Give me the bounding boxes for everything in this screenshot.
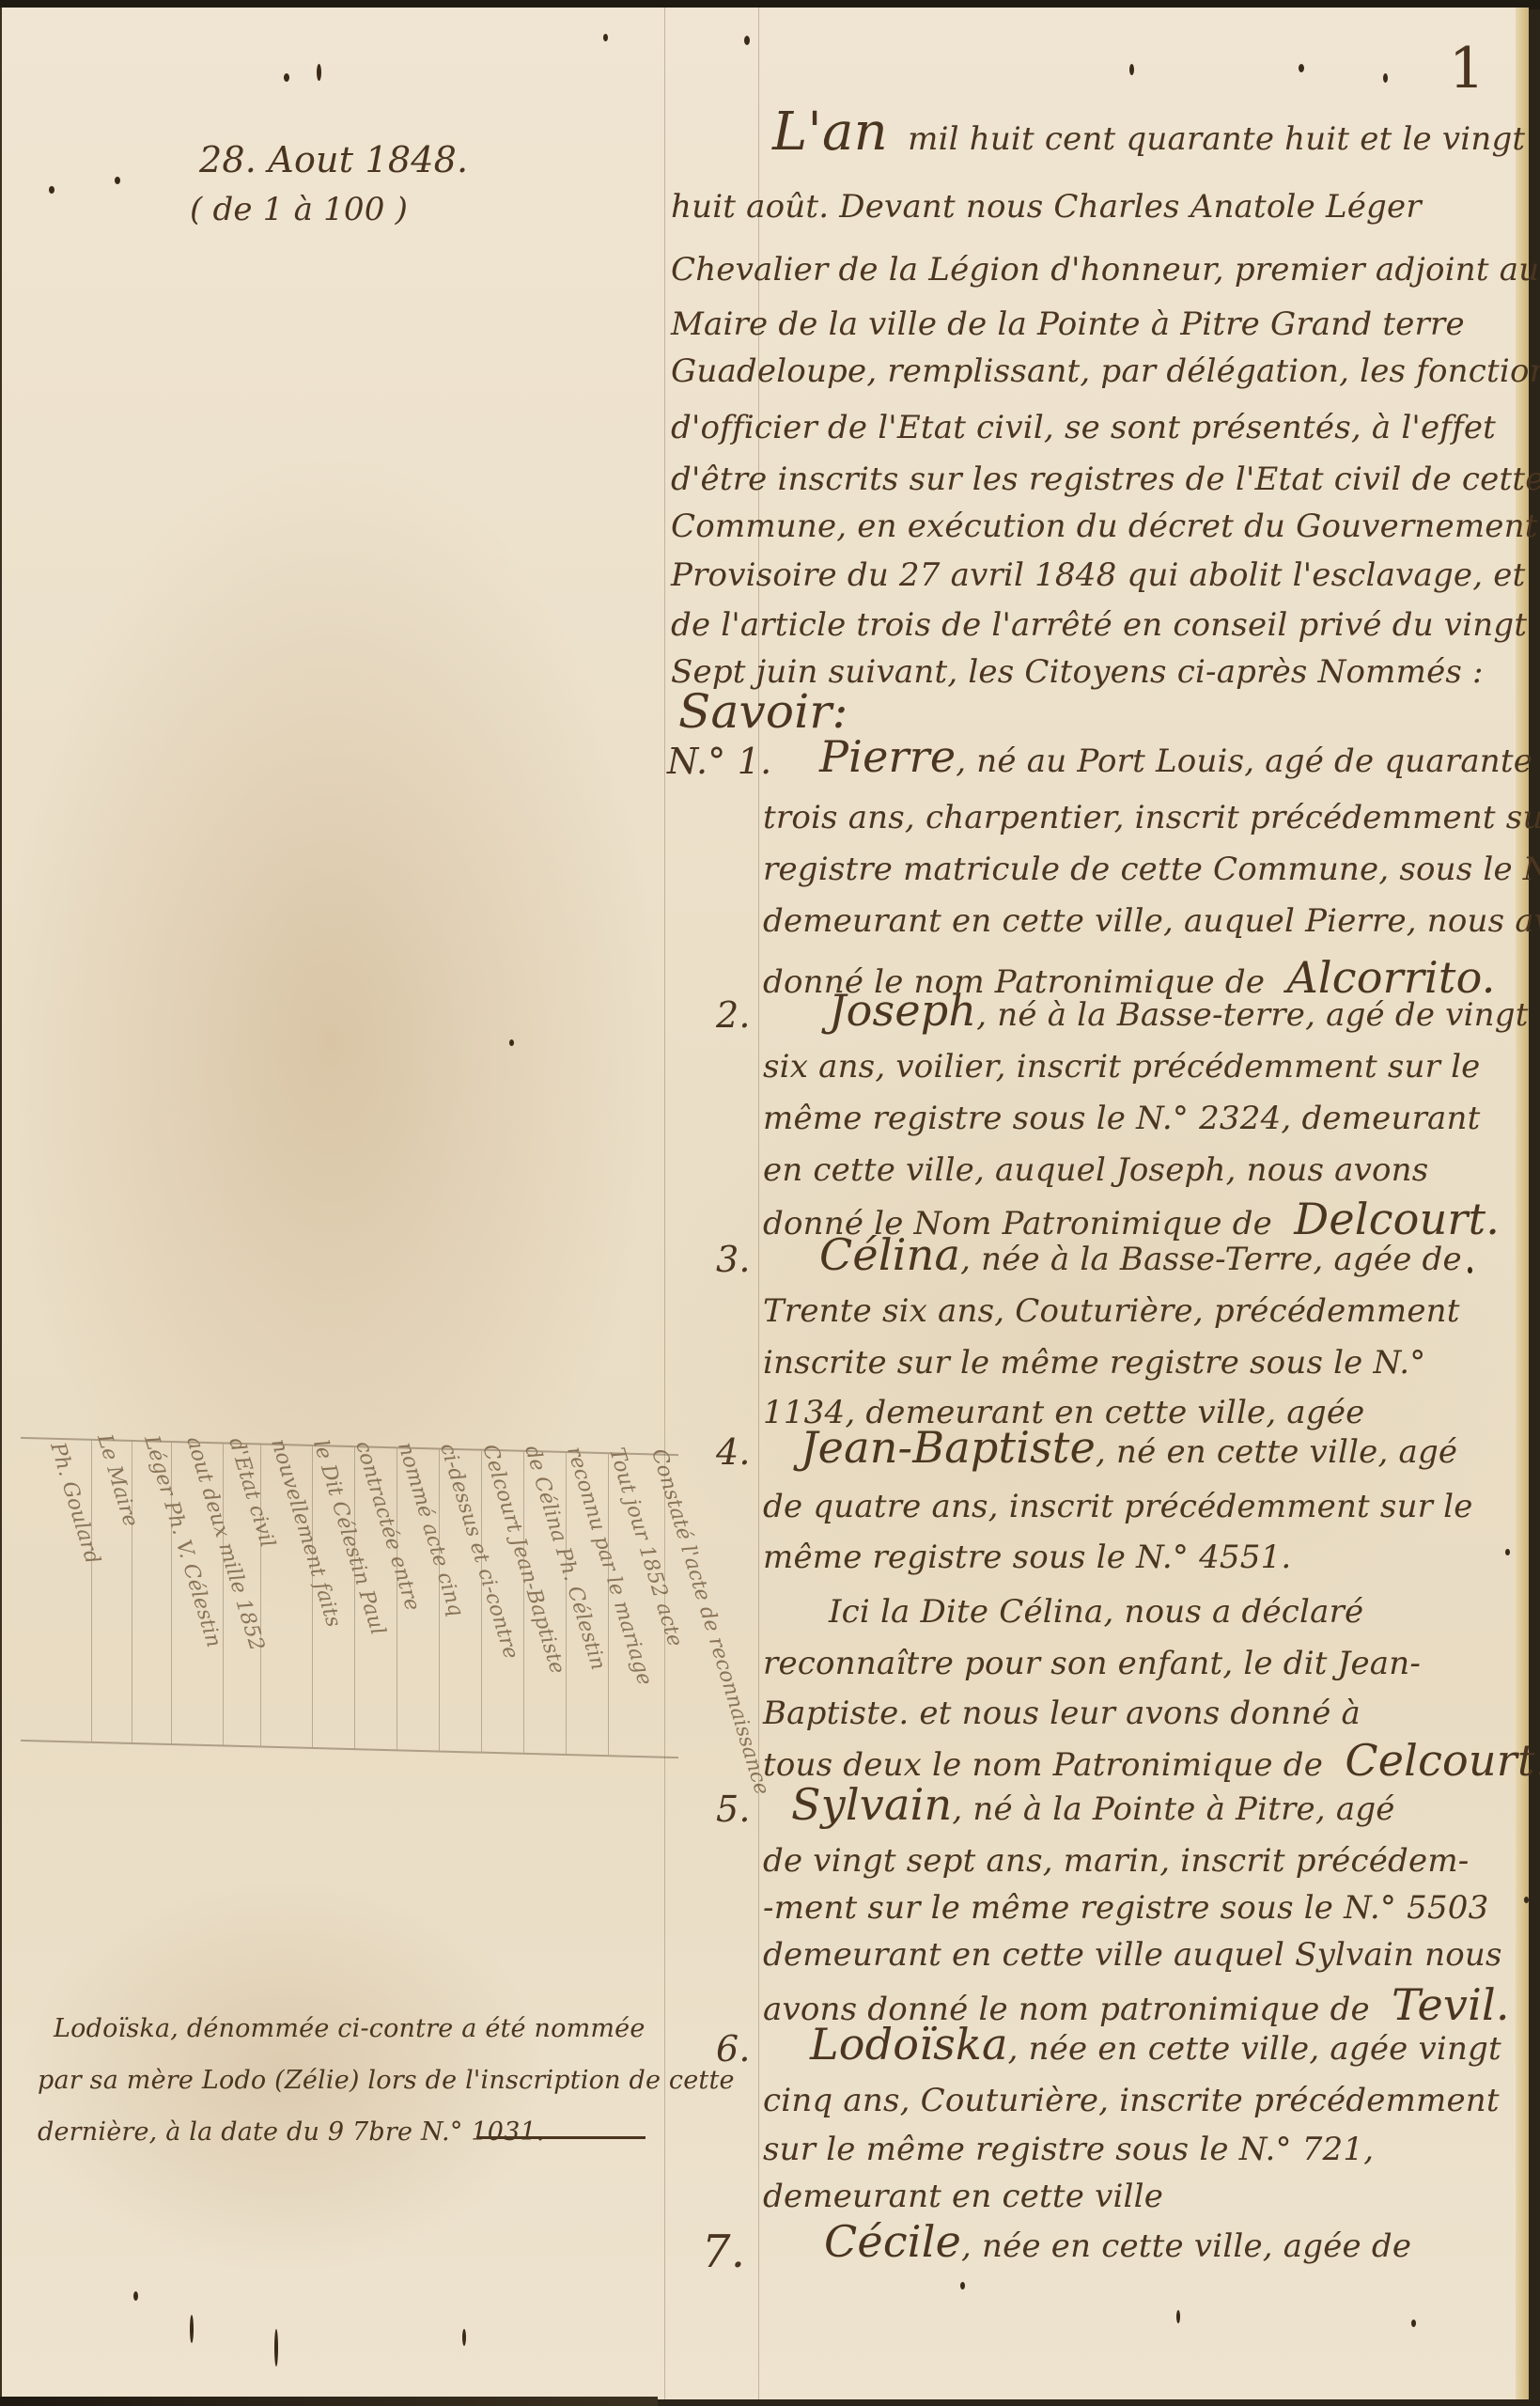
annotation-line: Le Maire [92, 1431, 142, 1529]
preamble-line: Maire de la ville de la Pointe à Pitre G… [671, 308, 1465, 340]
preamble-lead: L'an [772, 102, 888, 163]
preamble-line: Sept juin suivant, les Citoyens ci-après… [671, 656, 1484, 688]
entry-line: , née en cette ville, agée de [961, 2227, 1411, 2265]
entry-line: , né à la Pointe à Pitre, agé [952, 1790, 1394, 1828]
rotated-margin-annotation: Constaté l'acte de reconnaissance Tout j… [21, 1437, 678, 1758]
preamble-line: huit août. Devant nous Charles Anatole L… [671, 191, 1422, 223]
entry-name: Cécile [824, 2216, 961, 2267]
margin-range: ( de 1 à 100 ) [190, 191, 408, 228]
entry-line: en cette ville, auquel Joseph, nous avon… [763, 1154, 1428, 1186]
entry-line: Trente six ans, Couturière, précédemment [763, 1295, 1460, 1327]
preamble-line: Chevalier de la Légion d'honneur, premie… [671, 254, 1539, 286]
entry-line: , né au Port Louis, agé de quarante [956, 742, 1532, 780]
entry-surname: Celcourt. [1345, 1735, 1540, 1786]
margin-note-line: dernière, à la date du 9 7bre N.° 1031. [38, 2117, 545, 2147]
entry-line: sur le même registre sous le N.° 721, [763, 2133, 1374, 2165]
entry-number: 5. [716, 1789, 751, 1830]
preamble-line: Provisoire du 27 avril 1848 qui abolit l… [671, 559, 1525, 591]
preamble-line: Guadeloupe, remplissant, par délégation,… [671, 355, 1540, 387]
entry-line: cinq ans, Couturière, inscrite précédemm… [763, 2085, 1500, 2117]
entry-name: Célina [819, 1229, 960, 1280]
entry-line: six ans, voilier, inscrit précédemment s… [763, 1051, 1481, 1083]
entry-line: reconnaître pour son enfant, le dit Jean… [763, 1648, 1421, 1680]
annotation-signature: Ph. Goulard [45, 1440, 104, 1567]
preamble-line: Commune, en exécution du décret du Gouve… [671, 510, 1538, 542]
entry-number: 7. [702, 2226, 745, 2278]
closing-stroke [476, 2136, 646, 2139]
entry-number: 2. [716, 994, 751, 1036]
margin-note-line: Lodoïska, dénommée ci-contre a été nommé… [54, 2014, 646, 2043]
entry-line: , née en cette ville, agée vingt [1008, 2030, 1501, 2068]
entry-line: demeurant en cette ville auquel Sylvain … [763, 1939, 1502, 1971]
entry-line: , né en cette ville, agé [1096, 1433, 1457, 1471]
entry-line: tous deux le nom Patronimique de [763, 1746, 1323, 1784]
entry-number: N.° 1. [667, 741, 771, 782]
scan-bottom-edge [0, 2397, 658, 2406]
margin-date: 28. Aout 1848. [199, 139, 468, 180]
entry-line: inscrite sur le même registre sous le N.… [763, 1347, 1425, 1379]
entry-name: Pierre [819, 731, 956, 782]
entry-name: Sylvain [791, 1779, 952, 1830]
register-page: 1 28. Aout 1848. ( de 1 à 100 ) L'an mil… [0, 8, 1529, 2399]
entry-number: 3. [716, 1239, 751, 1280]
entry-number: 4. [716, 1431, 751, 1473]
entry-line: Baptiste. et nous leur avons donné à [763, 1697, 1361, 1729]
page-number: 1 [1449, 36, 1485, 102]
entry-line: -ment sur le même registre sous le N.° 5… [763, 1892, 1488, 1924]
entry-line: , née à la Basse-Terre, agée de [960, 1241, 1462, 1278]
margin-rule [664, 8, 665, 2399]
entry-line: registre matricule de cette Commune, sou… [763, 853, 1540, 885]
entry-line: demeurant en cette ville [763, 2180, 1163, 2212]
preamble-line: de l'article trois de l'arrêté en consei… [671, 609, 1527, 641]
entry-line: de quatre ans, inscrit précédemment sur … [763, 1491, 1473, 1523]
entry-line: de vingt sept ans, marin, inscrit précéd… [763, 1845, 1469, 1877]
entry-line: même registre sous le N.° 4551. [763, 1541, 1291, 1573]
entry-name: Lodoïska [810, 2019, 1008, 2070]
margin-note-line: par sa mère Lodo (Zélie) lors de l'inscr… [38, 2066, 735, 2095]
entry-line: même registre sous le N.° 2324, demeuran… [763, 1102, 1480, 1134]
entry-number: 6. [716, 2028, 751, 2070]
preamble-line: d'être inscrits sur les registres de l'E… [671, 463, 1540, 495]
entry-name: Joseph [829, 985, 976, 1036]
entry-name: Jean-Baptiste [801, 1422, 1096, 1473]
entry-line: , né à la Basse-terre, agé de vingt [976, 996, 1528, 1034]
entry-line: trois ans, charpentier, inscrit précédem… [763, 802, 1540, 834]
preamble-line: mil huit cent quarante huit et le vingt [908, 120, 1525, 158]
entry-line: Ici la Dite Célina, nous a déclaré [829, 1596, 1363, 1628]
entry-line: demeurant en cette ville, auquel Pierre,… [763, 905, 1540, 937]
preamble-line: d'officier de l'Etat civil, se sont prés… [671, 412, 1496, 444]
